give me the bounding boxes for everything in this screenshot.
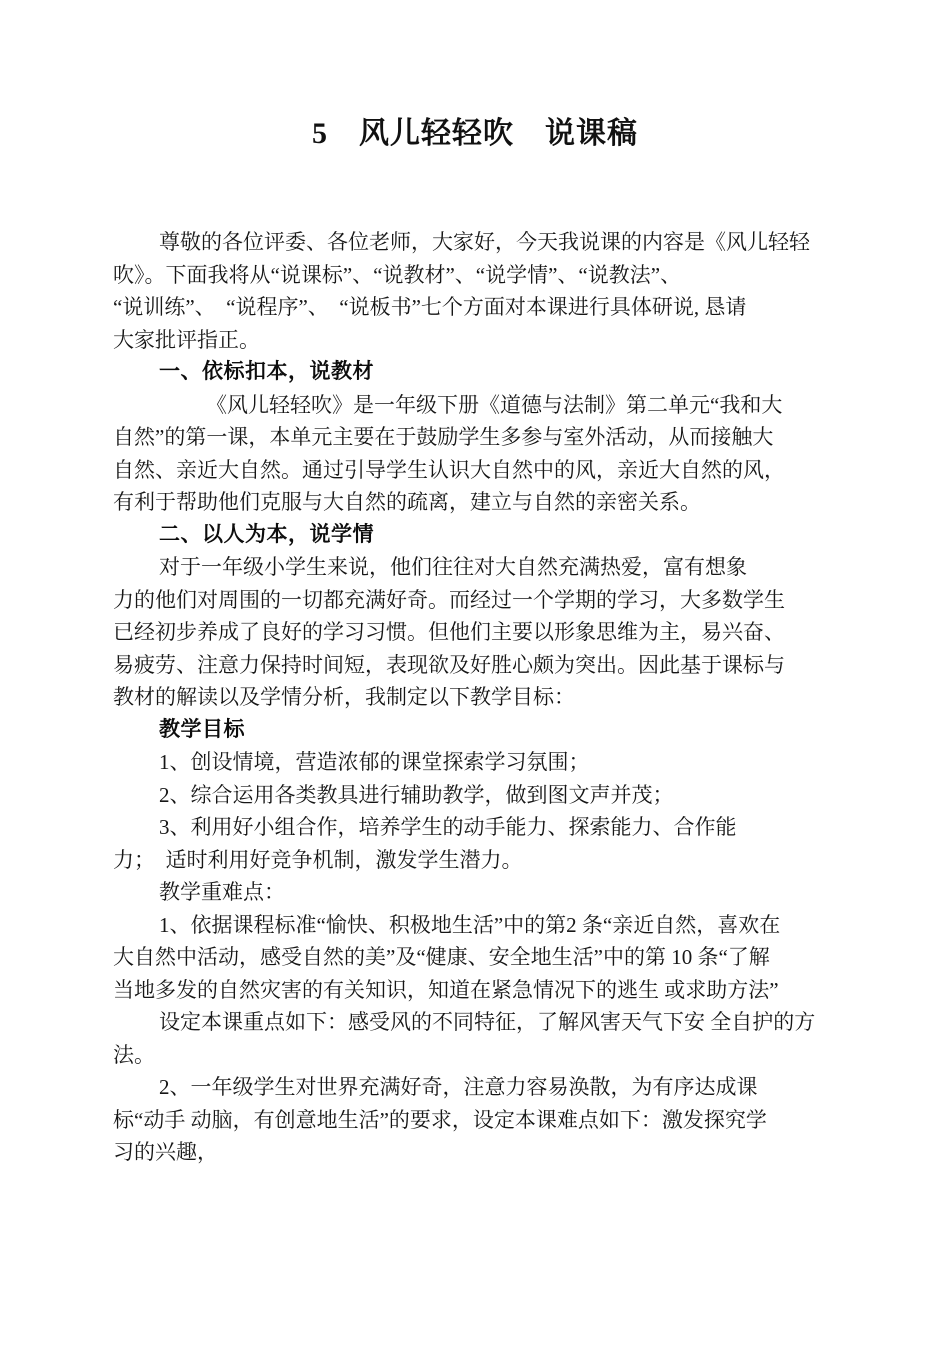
text-line: 自然”的第一课，本单元主要在于鼓励学生多参与室外活动，从而接触大 (113, 421, 842, 454)
text-line: 标“动手 动脑，有创意地生活”的要求，设定本课难点如下：激发探究学 (113, 1104, 842, 1137)
section-heading: 一、依标扣本，说教材 (113, 356, 842, 389)
document-page: 5 风儿轻轻吹 说课稿 尊敬的各位评委、各位老师，大家好，今天我说课的内容是《风… (0, 0, 950, 1345)
text-line: 教材的解读以及学情分析，我制定以下教学目标： (113, 681, 842, 714)
section-heading: 教学目标 (113, 714, 842, 747)
text-line: 吹》。下面我将从“说课标”、“说教材”、“说学情”、“说教法”、 (113, 259, 842, 292)
text-line: 教学重难点： (113, 876, 842, 909)
text-line: “说训练”、 “说程序”、 “说板书”七个方面对本课进行具体研说, 恳请 (113, 291, 842, 324)
text-line: 2、综合运用各类教具进行辅助教学，做到图文声并茂； (113, 779, 842, 812)
text-line: 大自然中活动，感受自然的美”及“健康、安全地生活”中的第 10 条“了解 (113, 941, 842, 974)
document-body: 尊敬的各位评委、各位老师，大家好，今天我说课的内容是《风儿轻轻吹》。下面我将从“… (113, 226, 842, 1169)
text-line: 力的他们对周围的一切都充满好奇。而经过一个学期的学习，大多数学生 (113, 584, 842, 617)
text-line: 3、利用好小组合作，培养学生的动手能力、探索能力、合作能 (113, 811, 842, 844)
section-heading: 二、以人为本，说学情 (113, 519, 842, 552)
text-line: 2、一年级学生对世界充满好奇，注意力容易涣散，为有序达成课 (113, 1071, 842, 1104)
text-line: 1、依据课程标准“愉快、积极地生活”中的第2 条“亲近自然，喜欢在 (113, 909, 842, 942)
text-line: 有利于帮助他们克服与大自然的疏离，建立与自然的亲密关系。 (113, 486, 842, 519)
text-line: 自然、亲近大自然。通过引导学生认识大自然中的风，亲近大自然的风， (113, 454, 842, 487)
text-line: 法。 (113, 1039, 842, 1072)
text-line: 设定本课重点如下：感受风的不同特征，了解风害天气下安 全自护的方 (113, 1006, 842, 1039)
text-line: 《风儿轻轻吹》是一年级下册《道德与法制》第二单元“我和大 (113, 389, 842, 422)
text-line: 当地多发的自然灾害的有关知识，知道在紧急情况下的逃生 或求助方法” (113, 974, 842, 1007)
text-line: 对于一年级小学生来说，他们往往对大自然充满热爱，富有想象 (113, 551, 842, 584)
text-line: 大家批评指正。 (113, 324, 842, 357)
text-line: 易疲劳、注意力保持时间短，表现欲及好胜心颇为突出。因此基于课标与 (113, 649, 842, 682)
document-title: 5 风儿轻轻吹 说课稿 (0, 0, 950, 152)
text-line: 1、创设情境，营造浓郁的课堂探索学习氛围； (113, 746, 842, 779)
text-line: 习的兴趣， (113, 1136, 842, 1169)
text-line: 尊敬的各位评委、各位老师，大家好，今天我说课的内容是《风儿轻轻 (113, 226, 842, 259)
text-line: 力； 适时利用好竞争机制，激发学生潜力。 (113, 844, 842, 877)
text-line: 已经初步养成了良好的学习习惯。但他们主要以形象思维为主，易兴奋、 (113, 616, 842, 649)
